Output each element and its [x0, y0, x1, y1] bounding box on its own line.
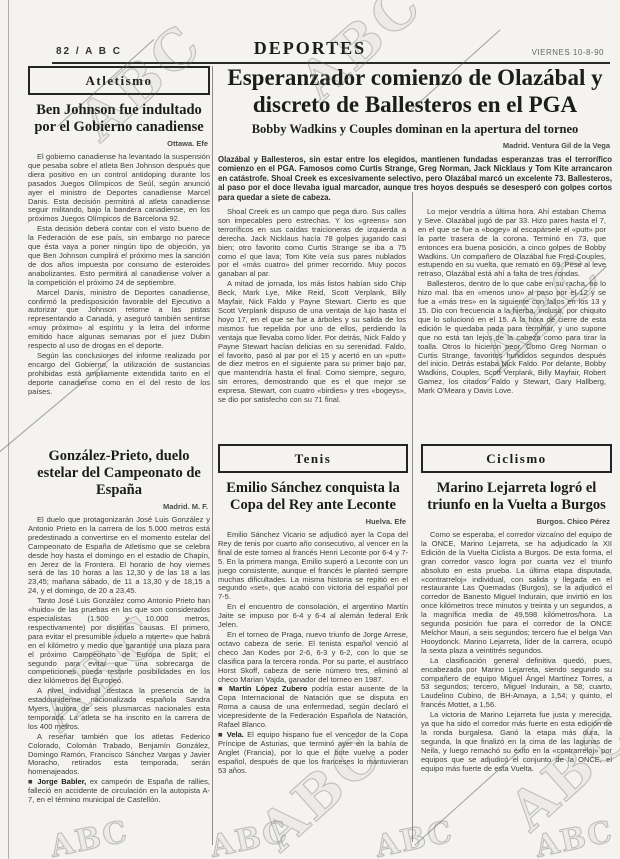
paragraph: Como se esperaba, el corredor vizcaíno d… [421, 531, 612, 656]
section-masthead: DEPORTES [0, 38, 620, 59]
headline-ciclismo: Marino Lejarreta logró el triunfo en la … [421, 480, 612, 514]
paragraph: Esta decisión deberá contar con el visto… [28, 225, 210, 287]
news-brief: ■ Jorge Babler, ex campeón de España de … [28, 778, 210, 805]
paragraph: En el encuentro de consolación, el argen… [218, 603, 408, 630]
subhead-golf: Bobby Wadkins y Couples dominan en la ap… [218, 122, 612, 137]
brief-lead: Martín López Zubero [229, 684, 307, 693]
lead-paragraph-golf: Olazábal y Ballesteros, sin estar entre … [218, 155, 612, 202]
article-golf-pga: Esperanzador comienzo de Olazábal y disc… [218, 62, 612, 444]
newspaper-page: 82 / A B C DEPORTES VIERNES 10-8-90 Atle… [0, 0, 620, 859]
golf-column-2: Lo mejor vendría a última hora. Ahí esta… [418, 208, 606, 406]
byline-gonzalez-prieto: Madrid. M. F. [28, 502, 208, 511]
brief-lead: Vela. [227, 730, 244, 739]
section-box-ciclismo: Ciclismo [421, 444, 612, 473]
headline-golf: Esperanzador comienzo de Olazábal y disc… [218, 64, 612, 118]
paragraph: La victoria de Marino Lejarreta fue just… [421, 711, 612, 773]
paragraph: A nivel individual destaca la presencia … [28, 687, 210, 732]
paragraph: Lo mejor vendría a última hora. Ahí esta… [418, 208, 606, 279]
byline-ciclismo: Burgos. Chico Pérez [421, 517, 610, 526]
headline-tenis: Emilio Sánchez conquista la Copa del Rey… [218, 480, 408, 514]
paragraph: A reseñar también que los atletas Federi… [28, 733, 210, 778]
section-box-atletismo: Atletismo [28, 66, 210, 95]
article-ben-johnson: Atletismo Ben Johnson fue indultado por … [28, 66, 210, 444]
headline-ben-johnson: Ben Johnson fue indultado por el Gobiern… [28, 102, 210, 136]
byline-ben-johnson: Ottawa. Efe [28, 139, 208, 148]
byline-golf: Madrid. Ventura Gil de la Vega [218, 141, 610, 150]
brief-lead: Jorge Babler, [37, 777, 86, 786]
bullet-icon: ■ [218, 730, 224, 739]
section-box-tenis: Tenis [218, 444, 408, 473]
bullet-icon: ■ [218, 684, 225, 693]
date-label: VIERNES 10-8-90 [532, 48, 604, 57]
paragraph: Marcel Danis, ministro de Deportes canad… [28, 289, 210, 351]
headline-gonzalez-prieto: González-Prieto, duelo estelar del Campe… [28, 448, 210, 499]
news-brief: ■ Martín López Zubero podría estar ausen… [218, 685, 408, 730]
paragraph: Tanto José Luis González como Antonio Pr… [28, 597, 210, 686]
paragraph: Emilio Sánchez Vicario se adjudicó ayer … [218, 531, 408, 602]
paragraph: A mitad de jornada, los más listos había… [218, 280, 406, 405]
news-brief: ■ Vela. El equipo hispano fue el vencedo… [218, 731, 408, 776]
paragraph: La clasificación general definitiva qued… [421, 657, 612, 710]
paragraph: El gobierno canadiense ha levantado la s… [28, 153, 210, 224]
brief-text: El equipo hispano fue el vencedor de la … [218, 730, 408, 775]
paragraph: Según las conclusiones del informe reali… [28, 352, 210, 397]
article-tenis: Tenis Emilio Sánchez conquista la Copa d… [218, 444, 408, 844]
paragraph: Ballesteros, dentro de lo que cabe en su… [418, 280, 606, 396]
article-gonzalez-prieto: González-Prieto, duelo estelar del Campe… [28, 444, 210, 844]
byline-tenis: Huelva. Efe [218, 517, 406, 526]
column-divider-left [212, 66, 213, 845]
article-ciclismo: Ciclismo Marino Lejarreta logró el triun… [421, 444, 612, 844]
paragraph: El duelo que protagonizarán José Luis Go… [28, 516, 210, 596]
paragraph: En el torneo de Praga, nuevo triunfo de … [218, 631, 408, 684]
page-edge-line [8, 0, 9, 859]
golf-column-1: Shoal Creek es un campo que pega duro. S… [218, 208, 406, 406]
bullet-icon: ■ [28, 777, 34, 786]
paragraph: Shoal Creek es un campo que pega duro. S… [218, 208, 406, 279]
